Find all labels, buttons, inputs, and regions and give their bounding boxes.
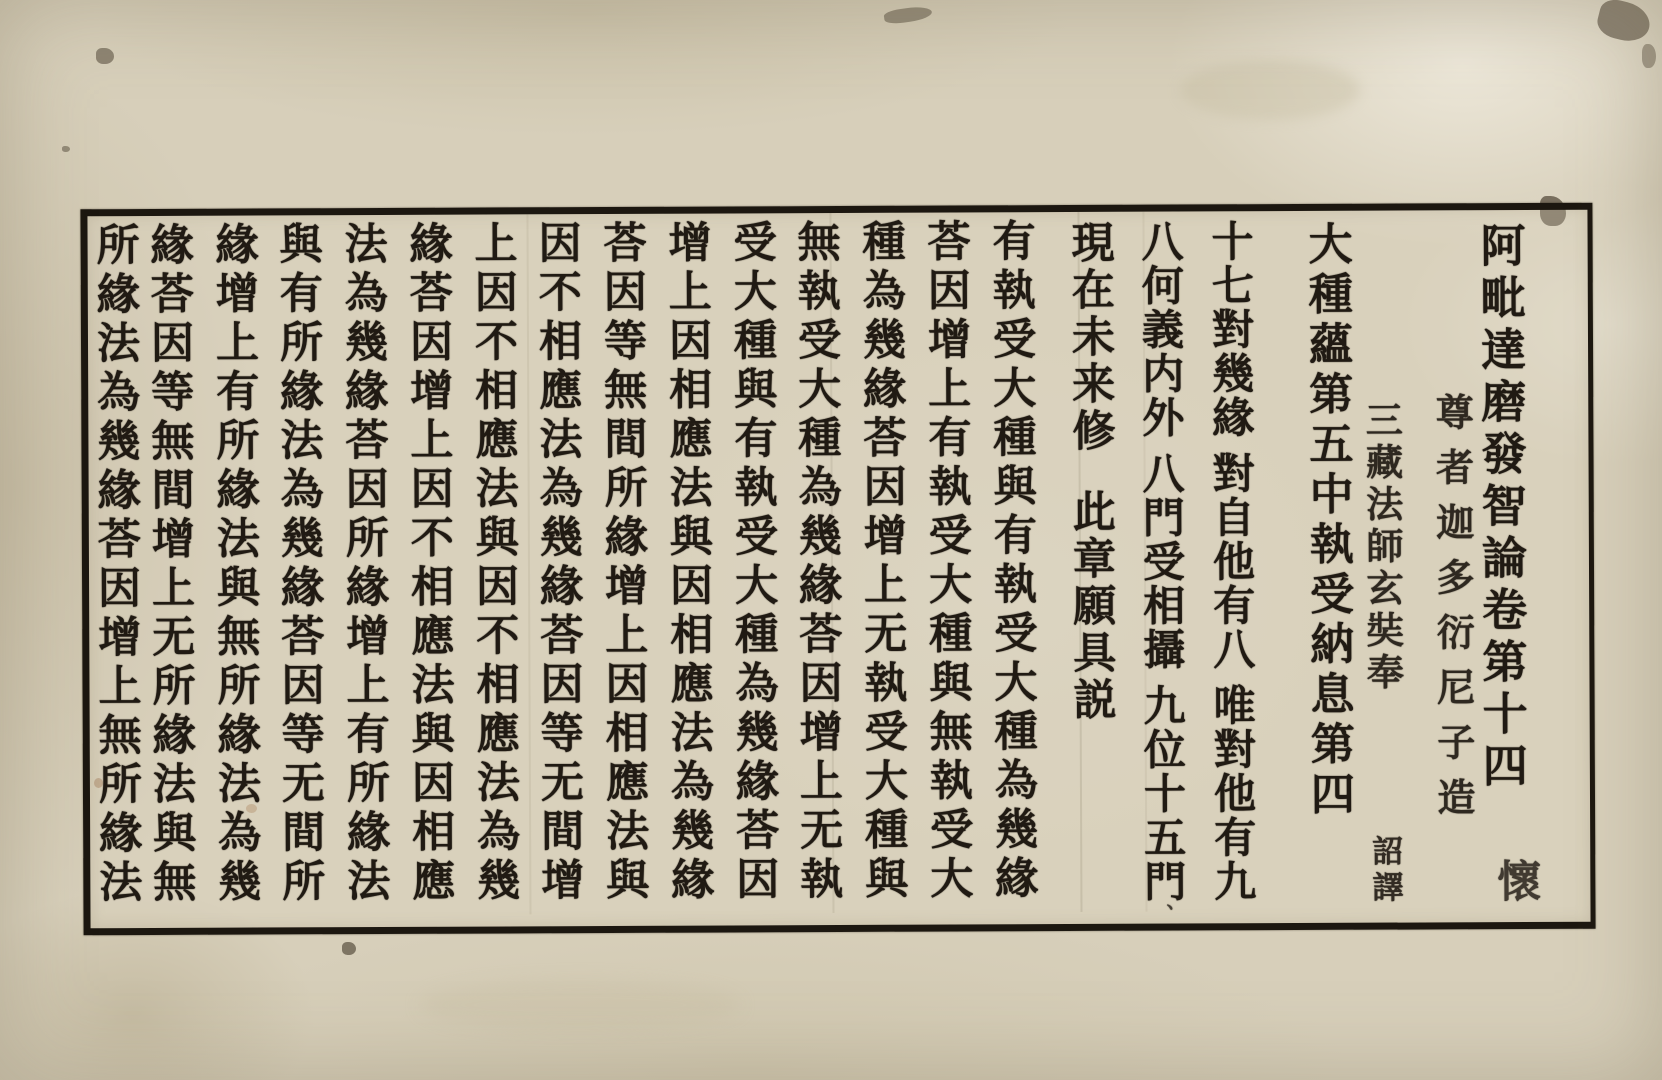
edge-vignette <box>0 0 1662 1080</box>
manuscript-page: { "document": { "title": "阿毗達磨發智論卷第十四", … <box>0 0 1662 1080</box>
